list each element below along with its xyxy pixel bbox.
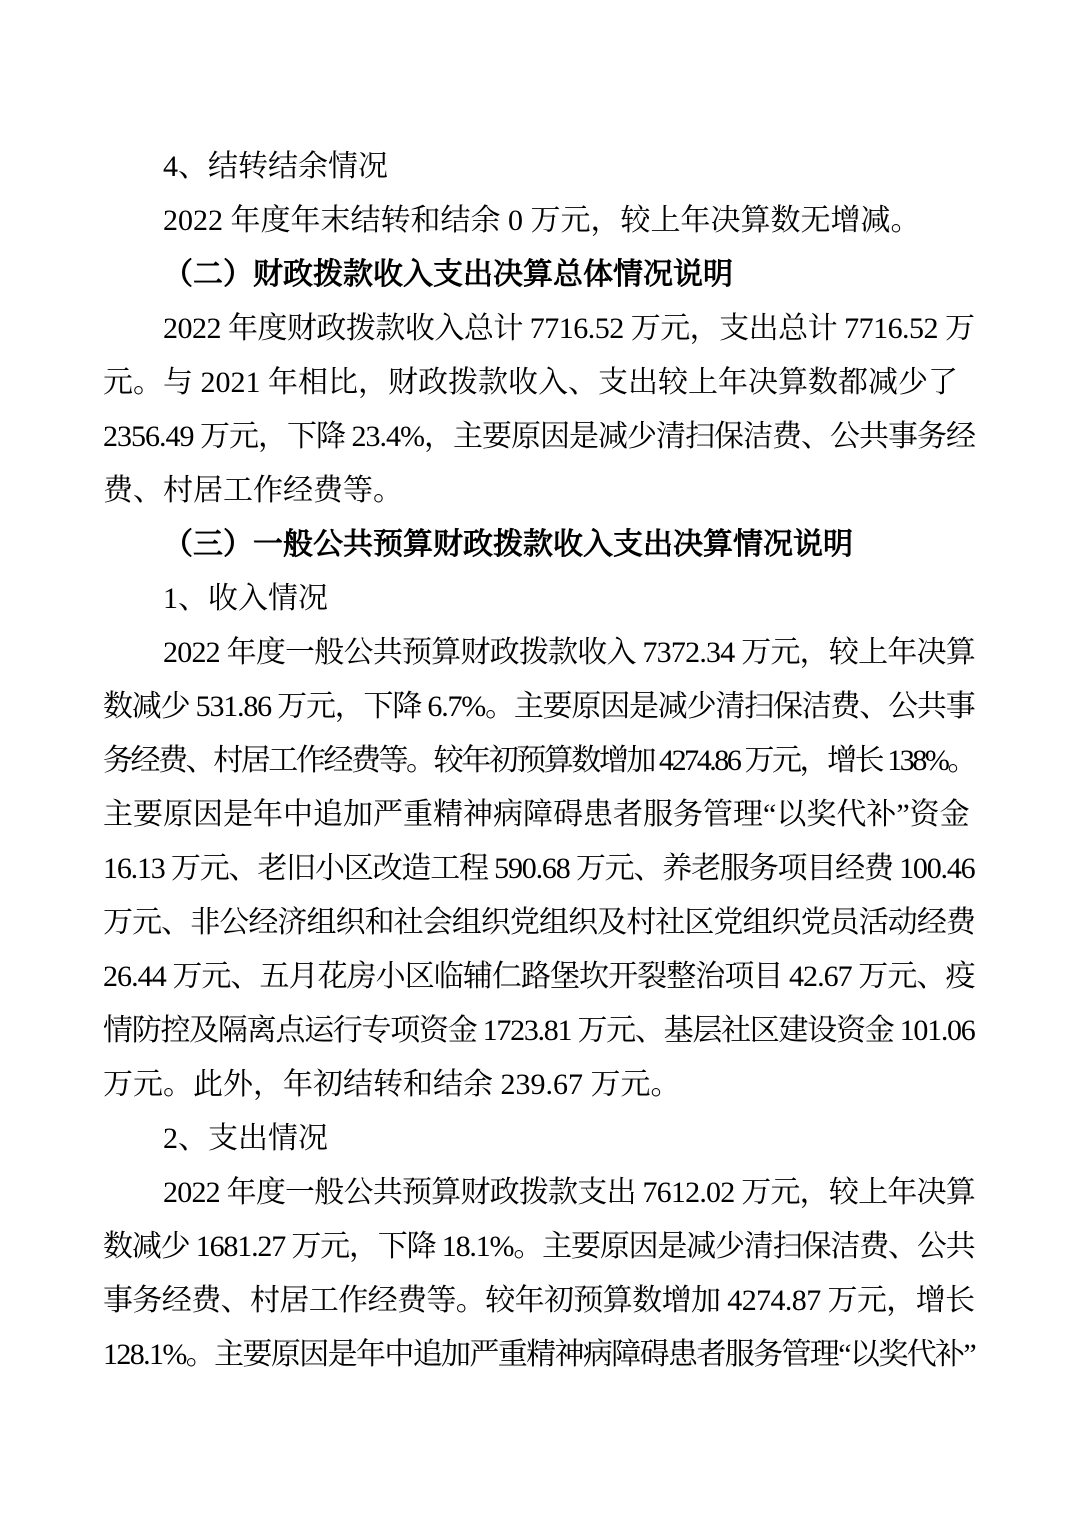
- text-line: 16.13 万元、老旧小区改造工程 590.68 万元、养老服务项目经费 100…: [103, 842, 975, 896]
- text-line: 2022 年度一般公共预算财政拨款支出 7612.02 万元，较上年决算: [103, 1166, 975, 1220]
- text-line: 2022 年度一般公共预算财政拨款收入 7372.34 万元，较上年决算: [103, 626, 975, 680]
- text-line: 2022 年度年末结转和结余 0 万元，较上年决算数无增减。: [103, 194, 975, 248]
- text-line: 事务经费、村居工作经费等。较年初预算数增加 4274.87 万元，增长: [103, 1274, 975, 1328]
- text-line: 费、村居工作经费等。: [103, 464, 975, 518]
- text-line: 数减少 531.86 万元，下降 6.7%。主要原因是减少清扫保洁费、公共事: [103, 680, 975, 734]
- text-line: 数减少 1681.27 万元，下降 18.1%。主要原因是减少清扫保洁费、公共: [103, 1220, 975, 1274]
- text-line: 1、收入情况: [103, 572, 975, 626]
- text-line: 2356.49 万元，下降 23.4%，主要原因是减少清扫保洁费、公共事务经: [103, 410, 975, 464]
- text-line: 情防控及隔离点运行专项资金 1723.81 万元、基层社区建设资金 101.06: [103, 1004, 975, 1058]
- text-line: 主要原因是年中追加严重精神病障碍患者服务管理“以奖代补”资金: [103, 788, 975, 842]
- text-line: 26.44 万元、五月花房小区临辅仁路堡坎开裂整治项目 42.67 万元、疫: [103, 950, 975, 1004]
- text-line: 2、支出情况: [103, 1112, 975, 1166]
- text-line: 万元。此外，年初结转和结余 239.67 万元。: [103, 1058, 975, 1112]
- text-line: 万元、非公经济组织和社会组织党组织及村社区党组织党员活动经费: [103, 896, 975, 950]
- text-line: 2022 年度财政拨款收入总计 7716.52 万元，支出总计 7716.52 …: [103, 302, 975, 356]
- document-body: 4、结转结余情况2022 年度年末结转和结余 0 万元，较上年决算数无增减。（二…: [103, 140, 975, 1382]
- text-line: 128.1%。主要原因是年中追加严重精神病障碍患者服务管理“以奖代补”: [103, 1328, 975, 1382]
- text-line: 元。与 2021 年相比，财政拨款收入、支出较上年决算数都减少了: [103, 356, 975, 410]
- text-line: 4、结转结余情况: [103, 140, 975, 194]
- text-line: 务经费、村居工作经费等。较年初预算数增加 4274.86 万元，增长 138%。: [103, 734, 975, 788]
- section-heading-line: （二）财政拨款收入支出决算总体情况说明: [103, 248, 975, 302]
- section-heading-line: （三）一般公共预算财政拨款收入支出决算情况说明: [103, 518, 975, 572]
- document-page: 4、结转结余情况2022 年度年末结转和结余 0 万元，较上年决算数无增减。（二…: [0, 0, 1074, 1520]
